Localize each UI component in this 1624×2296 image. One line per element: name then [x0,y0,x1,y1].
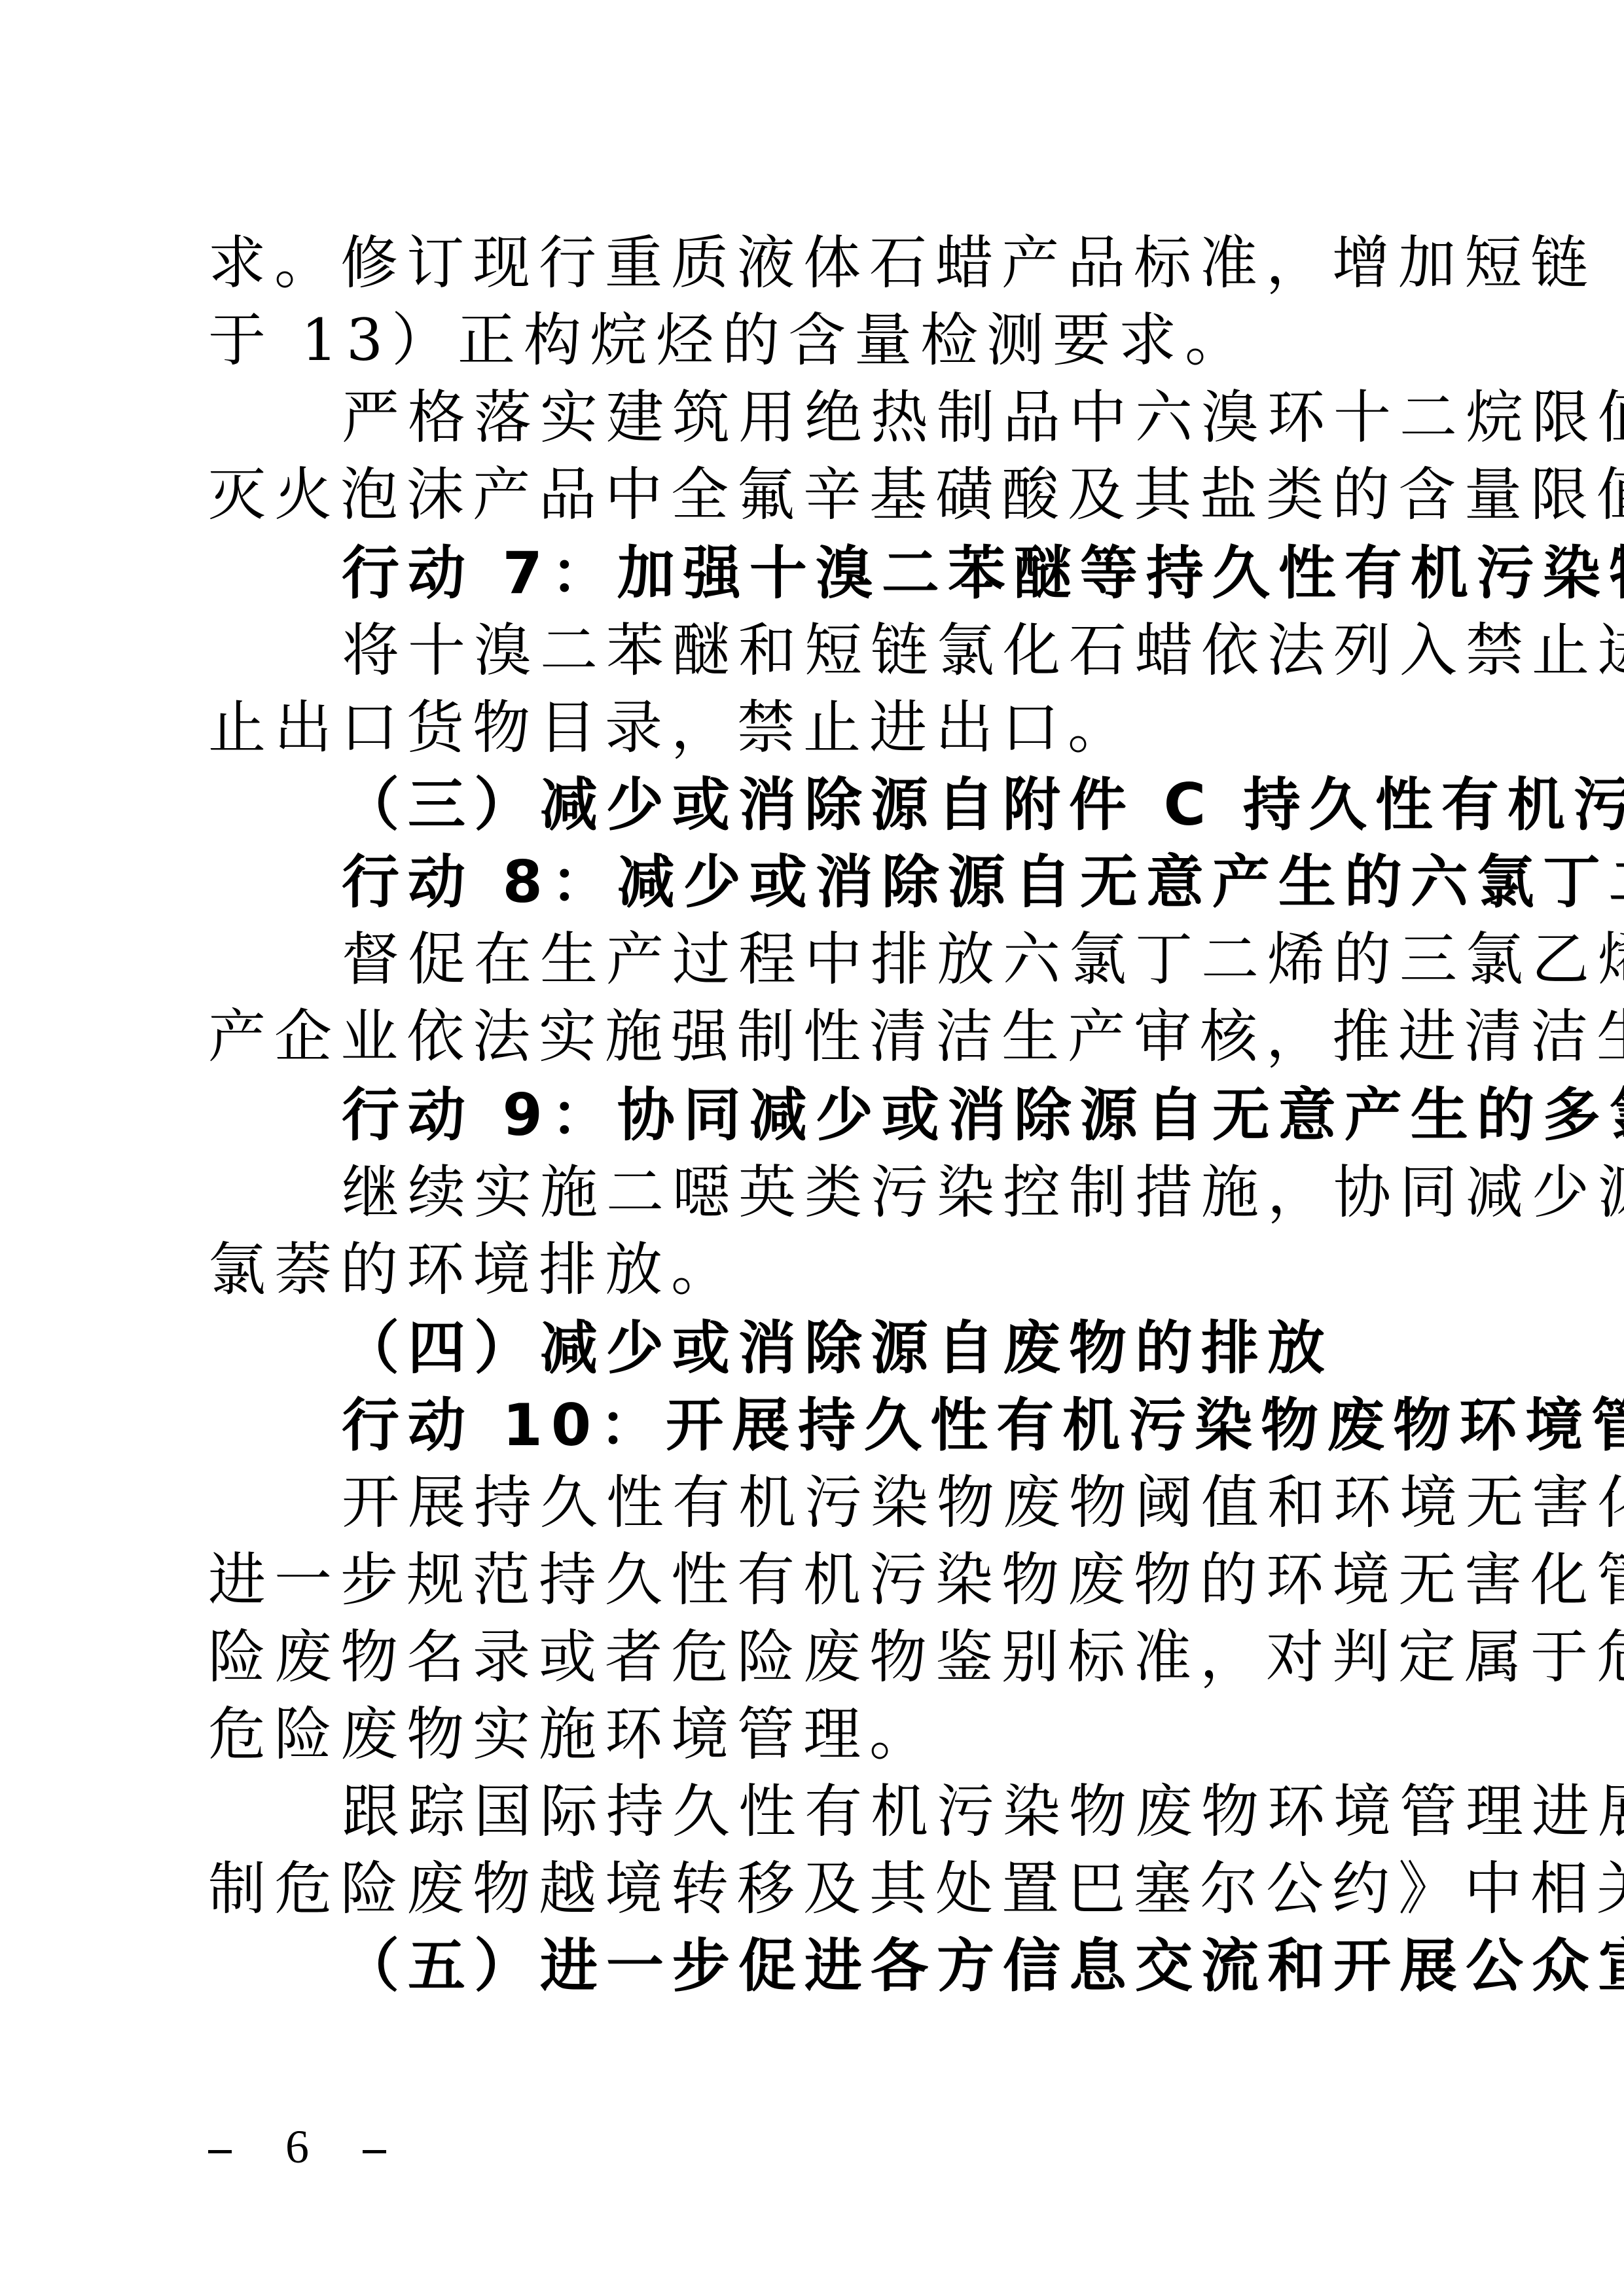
action-10-heading: 行动 10：开展持久性有机污染物废物环境管理研究 [342,1393,1624,1458]
paragraph-line: 进一步规范持久性有机污染物废物的环境无害化管理。按照国家危 [208,1547,1624,1613]
paragraph-line: 危险废物实施环境管理。 [208,1702,935,1767]
dash-right-icon [363,2150,386,2153]
section-5-heading: （五）进一步促进各方信息交流和开展公众宣传 [342,1933,1624,1999]
paragraph-line: 氯萘的环境排放。 [208,1237,737,1302]
paragraph-line: 制危险废物越境转移及其处置巴塞尔公约》中相关议题的谈判。 [208,1856,1624,1922]
paragraph-line: 产企业依法实施强制性清洁生产审核，推进清洁生产改造。 [208,1004,1624,1069]
paragraph-line: 灭火泡沫产品中全氟辛基磺酸及其盐类的含量限值管理。 [208,462,1624,528]
action-7-heading: 行动 7：加强十溴二苯醚等持久性有机污染物的进出口管控 [342,541,1624,606]
paragraph-line: 险废物名录或者危险废物鉴别标准，对判定属于危险废物的，按照 [208,1624,1624,1690]
action-9-heading: 行动 9：协同减少或消除源自无意产生的多氯萘的排放 [342,1083,1624,1148]
paragraph-line: 开展持久性有机污染物废物阈值和环境无害化处置技术研究， [342,1470,1624,1535]
action-8-heading: 行动 8：减少或消除源自无意产生的六氯丁二烯的排放 [342,850,1624,915]
paragraph-line: 止出口货物目录，禁止进出口。 [208,695,1134,761]
page-number-value: 6 [285,2121,309,2173]
paragraph-line: 将十溴二苯醚和短链氯化石蜡依法列入禁止进口货物目录和禁 [342,618,1624,683]
section-4-heading: （四）减少或消除源自废物的排放 [342,1316,1333,1381]
paragraph-line: 求。修订现行重质液体石蜡产品标准，增加短链（碳链链长小于等 [208,230,1624,296]
dash-left-icon [208,2150,232,2153]
page-number: 6 [208,2121,386,2173]
paragraph-line: 继续实施二噁英类污染控制措施，协同减少源自无意产生的多 [342,1160,1624,1225]
paragraph-line: 于 13）正构烷烃的含量检测要求。 [208,308,1251,373]
paragraph-line: 跟踪国际持久性有机污染物废物环境管理进展，积极参与《控 [342,1779,1624,1844]
paragraph-line: 督促在生产过程中排放六氯丁二烯的三氯乙烯、四氯乙烯的生 [342,927,1624,992]
paragraph-line: 严格落实建筑用绝热制品中六溴环十二烷限值标准，逐步完善 [342,385,1624,450]
section-3-heading: （三）减少或消除源自附件 C 持久性有机污染物的排放 [342,772,1624,838]
